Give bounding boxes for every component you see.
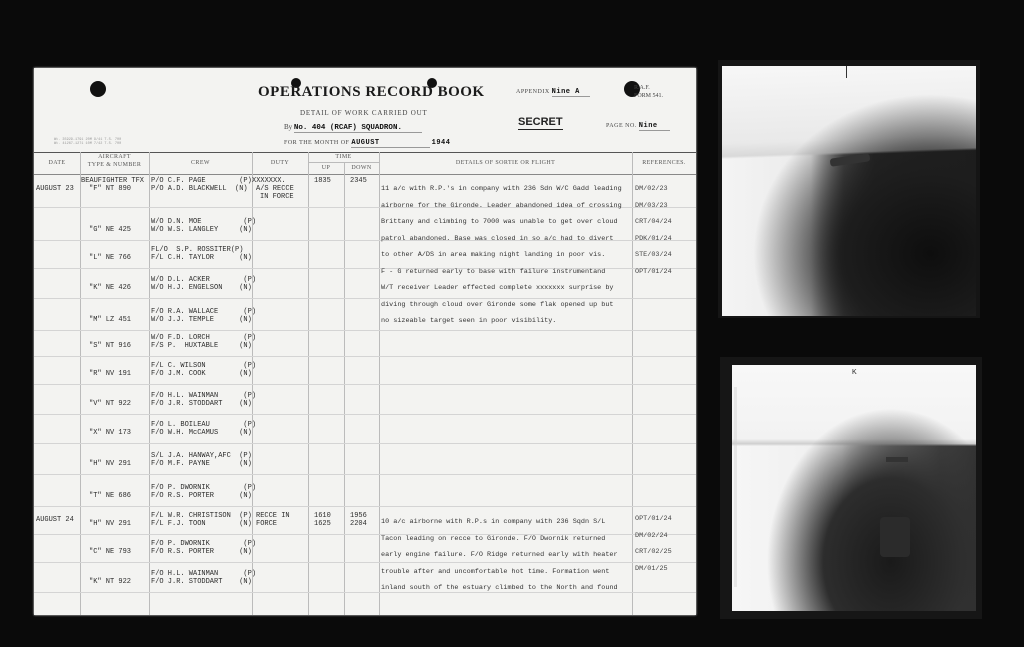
detail-line: 11 a/c with R.P.'s in company with 236 S… [381, 185, 622, 193]
ship-silhouette [880, 517, 910, 557]
detail-line: to other A/DS in area making night landi… [381, 251, 605, 259]
crew-member: F/O J.M. COOK (N) [151, 370, 252, 378]
operations-record-page: OPERATIONS RECORD BOOK DETAIL OF WORK CA… [34, 68, 696, 615]
reference-code: CRT/04/24 [635, 218, 672, 226]
column-divider [344, 162, 345, 615]
month-line: For the Month of AUGUST 1944 [284, 139, 450, 147]
ship-silhouette [886, 457, 908, 462]
time-down: 1956 [350, 512, 367, 520]
detail-line: Tacon leading on recce to Gironde. F/O D… [381, 535, 605, 543]
aircraft-number: "R" NV 191 [89, 370, 131, 378]
crew-member: W/O H.J. ENGELSON (N) [151, 284, 252, 292]
page-subtitle: DETAIL OF WORK CARRIED OUT [300, 109, 428, 117]
reference-code: STE/03/24 [635, 251, 672, 259]
crew-member: F/O J.R. STODDART (N) [151, 400, 252, 408]
header-bottom-rule [34, 174, 696, 175]
crew-member: F/O R.S. PORTER (N) [151, 492, 252, 500]
crew-member: W/O D.L. ACKER (P) [151, 276, 256, 284]
row-rule [34, 414, 696, 415]
reference-code: OPT/01/24 [635, 515, 672, 523]
squadron-value: No. 404 (RCAF) SQUADRON. [294, 124, 422, 133]
reference-code: PDK/01/24 [635, 235, 672, 243]
fiducial-mark [846, 66, 847, 78]
reference-code: DM/02/23 [635, 185, 668, 193]
page-number-line: Page No. Nine [606, 122, 670, 130]
reference-code: DM/01/25 [635, 565, 668, 573]
duty: FORCE [256, 520, 277, 528]
crew-member: FL/O S.P. ROSSITER(P) [151, 246, 243, 254]
col-date: Date [34, 160, 80, 166]
duty: A/S RECCE [256, 185, 294, 193]
detail-line: airborne for the Gironde. Leader abandon… [381, 202, 622, 210]
reference-code: OPT/01/24 [635, 268, 672, 276]
row-rule [34, 356, 696, 357]
aircraft-number: "V" NT 922 [89, 400, 131, 408]
crew-member: P/O C.F. PAGE (P) [151, 177, 252, 185]
reference-code: CRT/02/25 [635, 548, 672, 556]
col-up: Up [308, 165, 344, 171]
squadron-line: By No. 404 (RCAF) SQUADRON. [284, 123, 422, 132]
time-up: 1835 [314, 177, 331, 185]
crew-member: S/L J.A. HANWAY,AFC (P) [151, 452, 252, 460]
duty-struck: XXXXXXX. [252, 177, 286, 185]
by-label: By [284, 123, 292, 131]
col-aircraft-sub: Type & Number [80, 162, 149, 168]
row-rule [34, 443, 696, 444]
detail-line: trouble after and uncomfortable hot time… [381, 568, 609, 576]
detail-line: F - G returned early to base with failur… [381, 268, 605, 276]
aircraft-number: "H" NV 291 [89, 460, 131, 468]
form-number: R.A.F. Form 541. [634, 84, 663, 100]
detail-line: early engine failure. F/O Ridge returned… [381, 551, 618, 559]
form-line-2: Form 541. [634, 92, 663, 100]
crew-member: F/O H.L. WAINMAN (P) [151, 570, 256, 578]
aircraft-number: "K" NT 922 [89, 578, 131, 586]
aircraft-number: "G" NE 425 [89, 226, 131, 234]
aircraft-number: "K" NE 426 [89, 284, 131, 292]
crew-member: F/O P. DWORNIK (P) [151, 540, 256, 548]
crew-member: F/O L. BOILEAU (P) [151, 421, 256, 429]
row-rule [34, 384, 696, 385]
crew-member: F/O H.L. WAINMAN (P) [151, 392, 256, 400]
film-edge-text [734, 387, 737, 587]
col-details: Details of Sortie or Flight [379, 160, 632, 166]
row-rule [34, 474, 696, 475]
aircraft-number: "X" NV 173 [89, 429, 131, 437]
aircraft-number: "L" NE 766 [89, 254, 131, 262]
strike-photo-2: K [720, 357, 982, 619]
appendix-label: Appendix [516, 89, 550, 95]
aircraft-number: "M" LZ 451 [89, 316, 131, 324]
header-rule [34, 152, 696, 153]
detail-line: patrol abandoned. Base was closed in so … [381, 235, 614, 243]
crew-member: W/O F.D. LORCH (P) [151, 334, 256, 342]
detail-line: inland south of the estuary climbed to t… [381, 584, 618, 592]
strike-photo-1 [718, 60, 980, 318]
page-label: Page No. [606, 123, 637, 129]
time-down: 2204 [350, 520, 367, 528]
row-rule [34, 298, 696, 299]
photo-image [732, 365, 976, 611]
time-up: 1610 [314, 512, 331, 520]
entry-date: AUGUST 24 [36, 516, 74, 524]
crew-member: F/L C. WILSON (P) [151, 362, 256, 370]
punch-hole [90, 81, 106, 97]
col-references: References. [632, 160, 696, 166]
crew-member: P/O A.D. BLACKWELL (N) [151, 185, 248, 193]
detail-line: W/T receiver Leader effected complete xx… [381, 284, 614, 292]
col-crew: Crew [149, 160, 252, 166]
photo-image [722, 66, 976, 316]
crew-member: F/L F.J. TOON (N) [151, 520, 252, 528]
appendix-line: Appendix Nine A [516, 88, 590, 96]
detail-line: Brittany and climbing to 7000 was unable… [381, 218, 618, 226]
detail-line: no sizeable target seen in poor visibili… [381, 317, 556, 325]
photo-marker: K [852, 369, 857, 376]
col-duty: Duty [252, 160, 308, 166]
crew-member: F/O M.F. PAYNE (N) [151, 460, 252, 468]
aircraft-type: BEAUFIGHTER TFX [81, 177, 144, 185]
printer-note: Wt. 35929-1791 20M 9/41 T.S. 700 Wt. 412… [54, 138, 194, 146]
crew-member: F/L W.R. CHRISTISON (P) [151, 512, 252, 520]
month-value: AUGUST [351, 139, 429, 148]
entry-date: AUGUST 23 [36, 185, 74, 193]
year-value: 1944 [432, 139, 451, 147]
classification-stamp: SECRET [518, 116, 563, 130]
crew-member: F/L C.H. TAYLOR (N) [151, 254, 252, 262]
crew-member: F/S P. HUXTABLE (N) [151, 342, 252, 350]
col-aircraft: Aircraft [80, 154, 149, 160]
crew-member: F/O R.S. PORTER (N) [151, 548, 252, 556]
row-rule [34, 506, 696, 507]
aircraft-number: "H" NV 291 [89, 520, 131, 528]
detail-line: 10 a/c airborne with R.P.s in company wi… [381, 518, 605, 526]
col-time: Time [308, 154, 379, 160]
aircraft-number: "F" NT 890 [89, 185, 131, 193]
month-label: For the Month of [284, 140, 349, 146]
detail-line: diving through cloud over Gironde some f… [381, 301, 614, 309]
aircraft-number: "T" NE 686 [89, 492, 131, 500]
duty: IN FORCE [260, 193, 294, 201]
crew-member: W/O D.N. MOE (P) [151, 218, 256, 226]
time-down: 2345 [350, 177, 367, 185]
crew-member: F/O R.A. WALLACE (P) [151, 308, 256, 316]
crew-member: F/O P. DWORNIK (P) [151, 484, 256, 492]
page-number-value: Nine [639, 122, 670, 131]
crew-member: W/O J.J. TEMPLE (N) [151, 316, 252, 324]
crew-member: F/O W.H. McCAMUS (N) [151, 429, 252, 437]
printer-note-2: Wt. 41267-1271 10M 7/42 T.S. 700 [54, 142, 194, 146]
row-rule [34, 562, 696, 563]
time-subheader-rule [308, 162, 379, 163]
time-up: 1625 [314, 520, 331, 528]
appendix-value: Nine A [552, 88, 590, 97]
reference-code: DM/02/24 [635, 532, 668, 540]
form-line-1: R.A.F. [634, 84, 663, 92]
aircraft-number: "C" NE 793 [89, 548, 131, 556]
aircraft-number: "S" NT 916 [89, 342, 131, 350]
reference-code: DM/03/23 [635, 202, 668, 210]
crew-member: F/O J.R. STODDART (N) [151, 578, 252, 586]
duty: RECCE IN [256, 512, 290, 520]
crew-member: W/O W.S. LANGLEY (N) [151, 226, 252, 234]
page-title: OPERATIONS RECORD BOOK [258, 84, 485, 101]
row-rule [34, 330, 696, 331]
col-down: Down [344, 165, 379, 171]
row-rule [34, 592, 696, 593]
